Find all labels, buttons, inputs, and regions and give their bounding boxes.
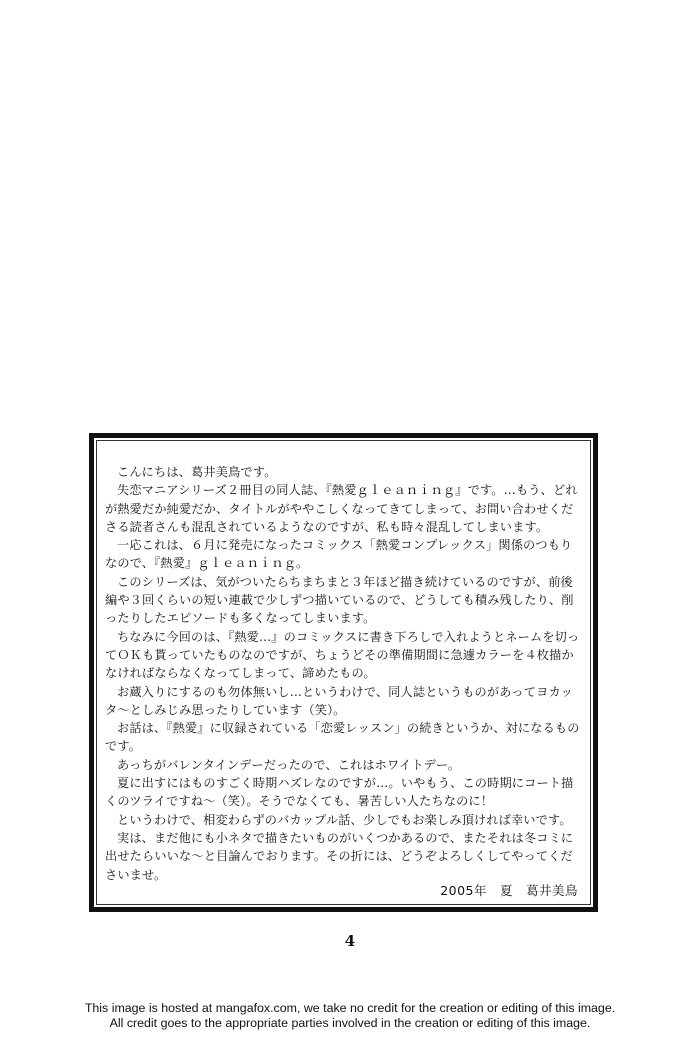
author-signature: 2005年 夏 葛井美鳥	[440, 881, 578, 899]
hosting-credit-line-1: This image is hosted at mangafox.com, we…	[0, 1001, 700, 1015]
page-number: 4	[0, 932, 700, 950]
afterword-paragraph: 一応これは、６月に発売になったコミックス「熱愛コンプレックス」関係のつもりなので…	[105, 536, 582, 573]
afterword-paragraph: このシリーズは、気がついたらちまちまと３年ほど描き続けているのですが、前後編や３…	[105, 573, 582, 628]
afterword-inner-frame: こんにちは、葛井美鳥です。 失恋マニアシリーズ２冊目の同人誌、『熱愛ｇｌｅａｎｉ…	[96, 440, 591, 905]
afterword-paragraph-greeting: こんにちは、葛井美鳥です。	[105, 463, 582, 481]
hosting-credit-line-2: All credit goes to the appropriate parti…	[0, 1016, 700, 1030]
afterword-paragraph: というわけで、相変わらずのバカップル話、少しでもお楽しみ頂ければ幸いです。	[105, 811, 582, 829]
afterword-paragraph: 実は、まだ他にも小ネタで描きたいものがいくつかあるので、またそれは冬コミに出せた…	[105, 829, 582, 884]
afterword-paragraph: 夏に出すにはものすごく時期ハズレなのですが…。いやもう、この時期にコート描くのツ…	[105, 774, 582, 811]
afterword-paragraph: お蔵入りにするのも勿体無いし…というわけで、同人誌というものがあってヨカッタ～と…	[105, 683, 582, 720]
afterword-paragraph: ちなみに今回のは、『熱愛…』のコミックスに書き下ろしで入れようとネームを切ってＯ…	[105, 628, 582, 683]
afterword-paragraph: あっちがバレンタインデーだったので、これはホワイトデー。	[105, 756, 582, 774]
afterword-paragraph: お話は、『熱愛』に収録されている「恋愛レッスン」の続きというか、対になるものです…	[105, 719, 582, 756]
afterword-paragraph: 失恋マニアシリーズ２冊目の同人誌、『熱愛ｇｌｅａｎｉｎｇ』です。…もう、どれが熱…	[105, 481, 582, 536]
afterword-box: こんにちは、葛井美鳥です。 失恋マニアシリーズ２冊目の同人誌、『熱愛ｇｌｅａｎｉ…	[89, 433, 598, 912]
